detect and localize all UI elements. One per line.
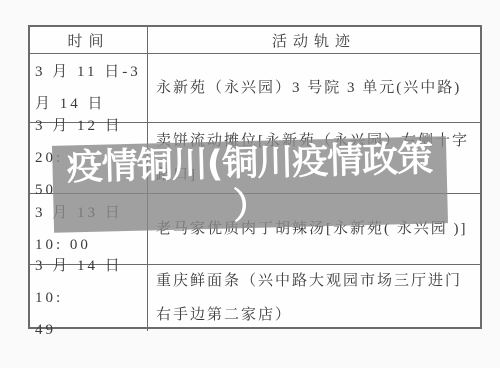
time-line: 3 月 11 日-3 [35,56,147,88]
activity-line: 右手边第二家店） [156,298,480,331]
activity-line: 重庆鲜面条（兴中路大观园市场三厅进门 [156,265,480,298]
watermark-title-line2: ） [232,184,268,228]
time-line: 49 [35,314,147,346]
watermark-title-line1: 疫情铜川(铜川疫情政策 [66,137,432,189]
table-header-row: 时间 活动轨迹 [30,27,480,54]
col-header-time: 时间 [30,27,148,53]
time-line: 3 月 14 日 10: [35,250,147,314]
table-row: 3 月 14 日 10: 49 重庆鲜面条（兴中路大观园市场三厅进门 右手边第二… [30,265,480,331]
activity-cell: 重庆鲜面条（兴中路大观园市场三厅进门 右手边第二家店） [148,265,480,331]
activity-cell: 永新苑（永兴园）3 号院 3 单元(兴中路) [148,54,480,122]
time-cell: 3 月 14 日 10: 49 [30,265,148,331]
watermark-title-overlay: 疫情铜川(铜川疫情政策 ） [52,136,448,233]
page: 时间 活动轨迹 3 月 11 日-3 月 14 日 永新苑（永兴园）3 号院 3… [0,0,500,368]
col-header-activity: 活动轨迹 [148,27,480,53]
activity-line: 永新苑（永兴园）3 号院 3 单元(兴中路) [156,71,480,105]
